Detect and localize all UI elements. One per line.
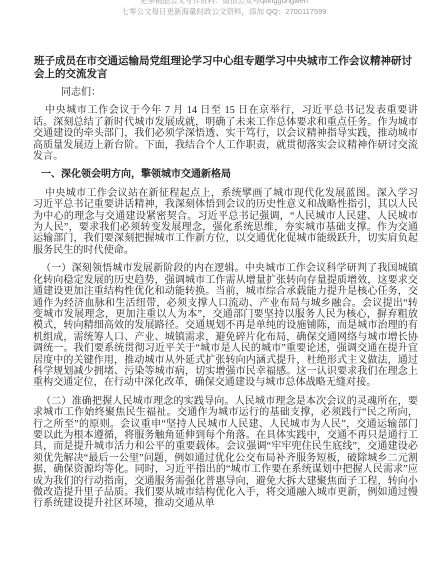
salutation: 同志们：: [33, 87, 418, 98]
document-page: 更多精品公文写作资料：微信公众号qilinggongwen 七零公文每日更新海量…: [0, 0, 448, 580]
watermark-line-2: 七零公文每日更新海量时政公文资料，添加 QQ：2700117599: [0, 7, 448, 16]
section-1-paragraph: 中央城市工作会议站在新征程起点上，系统擘画了城市现代化发展蓝图。深入学习习近平总…: [33, 188, 418, 256]
section-1-subpoint-1: （一）深刻领悟城市发展新阶段的内在逻辑。中央城市工作会议科学研判了我国城镇化转向…: [33, 263, 418, 388]
section-1-subpoint-2: （二）准确把握人民城市理念的实践导向。人民城市理念是本次会议的灵魂所在，要求城市…: [33, 396, 418, 510]
watermark-header: 更多精品公文写作资料：微信公众号qilinggongwen 七零公文每日更新海量…: [0, 0, 448, 16]
watermark-line-1: 更多精品公文写作资料：微信公众号qilinggongwen: [0, 0, 448, 5]
intro-paragraph: 中央城市工作会议于今年 7 月 14 日至 15 日在京举行，习近平总书记发表重…: [33, 105, 418, 162]
section-1-heading: 一、深化领会明方向，擎领城市交通新格局: [33, 169, 418, 180]
document-title: 班子成员在市交通运输局党组理论学习中心组专题学习中央城市工作会议精神研讨会上的交…: [34, 56, 420, 81]
